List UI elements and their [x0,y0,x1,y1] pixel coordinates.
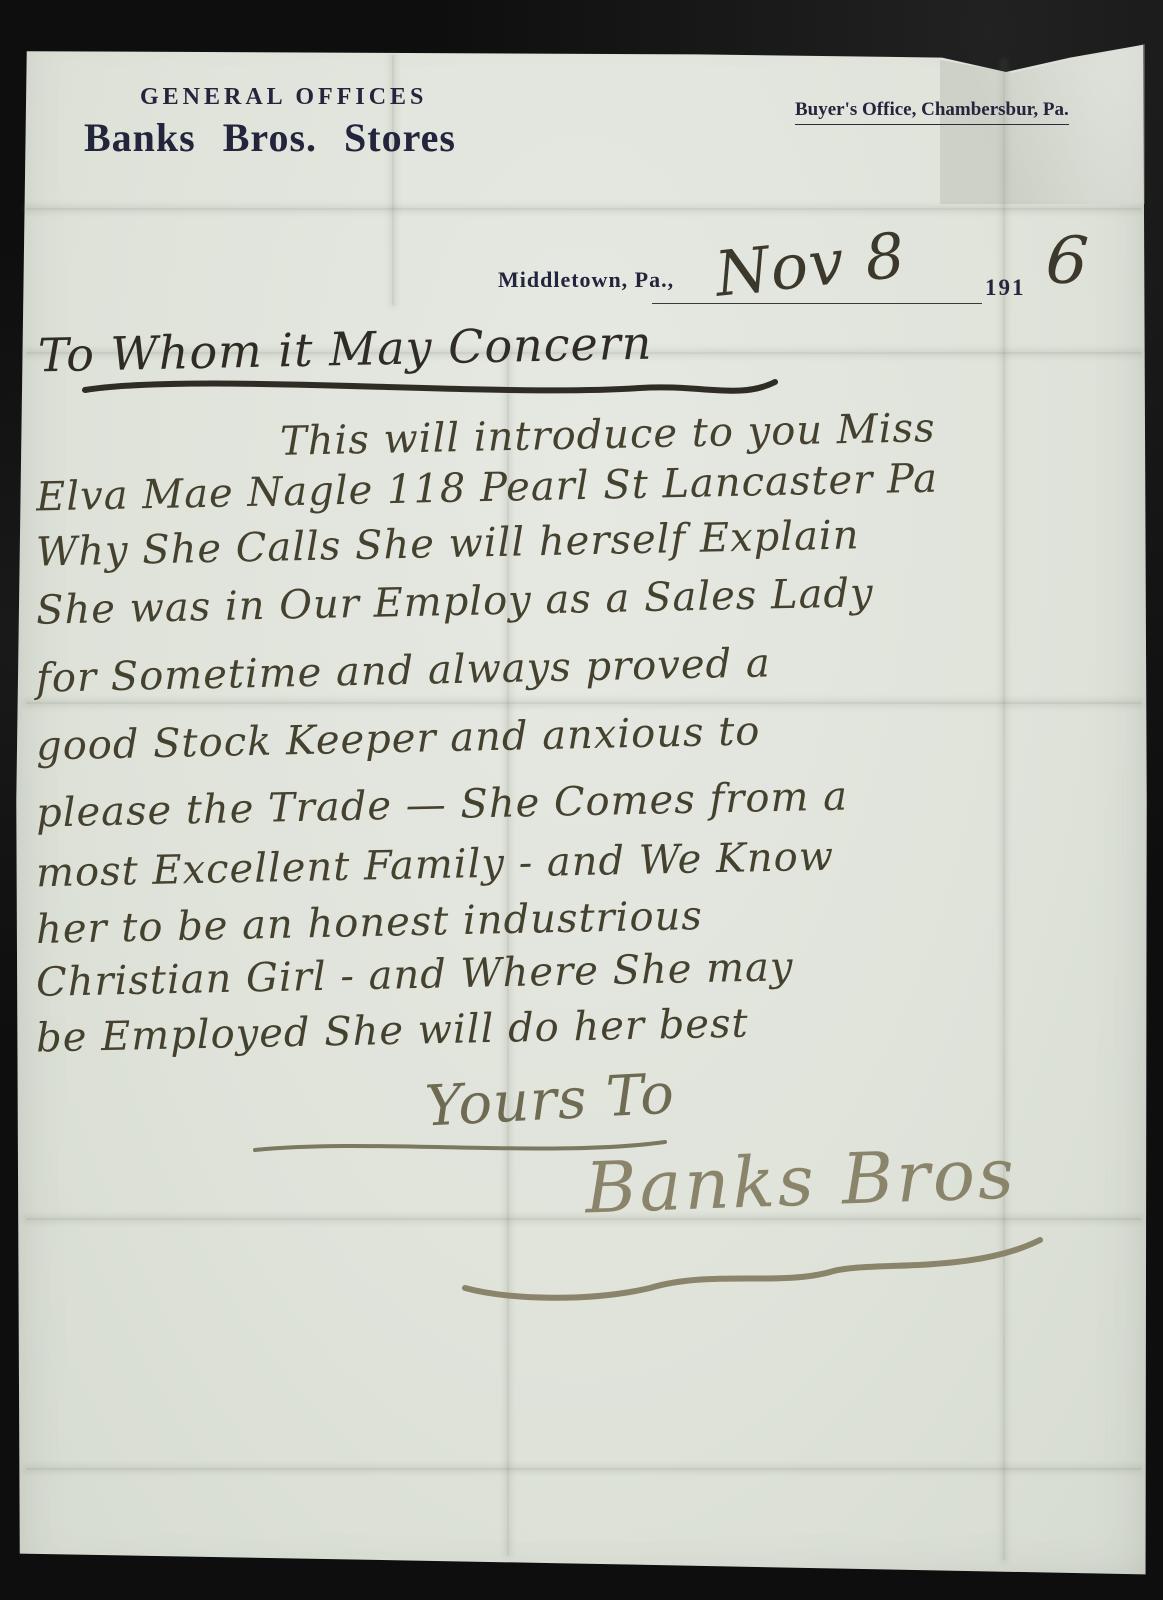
fold-crease [26,208,1141,210]
date-rule [652,303,982,304]
fold-crease [26,1218,1141,1220]
salutation-flourish [80,360,780,410]
fold-crease [26,1468,1141,1470]
general-offices-label: GENERAL OFFICES [140,84,427,111]
scanned-letter: GENERAL OFFICES Banks Bros. Stores Buyer… [0,0,1163,1600]
closing: Yours To [423,1062,676,1140]
company-name: Banks Bros. Stores [84,114,456,161]
signature-flourish [450,1230,1050,1310]
buyer-office-label: Buyer's Office, Chambersbur, Pa. [795,99,1069,125]
year-handwritten: 6 [1043,221,1091,301]
fold-crease [26,702,1141,704]
year-printed: 191 [985,275,1026,301]
signature: Banks Bros [584,1132,1018,1229]
city-line: Middletown, Pa., [498,267,674,293]
